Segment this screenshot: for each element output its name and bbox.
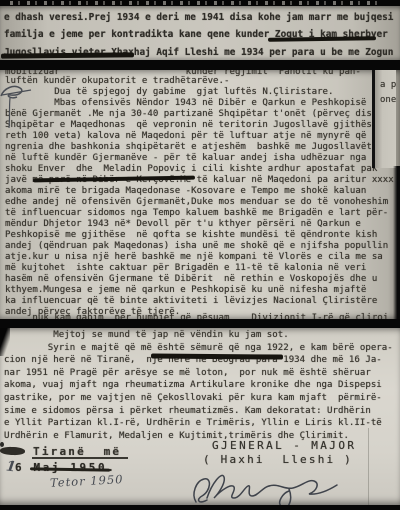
margin-scribble-handwriting <box>0 82 36 130</box>
typed-underline <box>32 457 128 459</box>
ink-blot <box>0 447 25 456</box>
typed-line: nar 1951 në Pragë për arësye se më loton… <box>4 367 400 380</box>
typed-paragraph: e dhash veresi.Prej 1934 e deri me 1941 … <box>0 6 400 60</box>
torn-corner-shadow <box>0 328 10 356</box>
typed-line: kthyem.Mungesa e jeme në qarkun e Peshko… <box>5 285 400 296</box>
typed-line: gastrike, por me vajtjen në Çekosllovaki… <box>4 392 400 405</box>
typed-line: e Yllit Partizan kl.I-rë, Urdhërin e Tri… <box>4 417 400 430</box>
cut-text-sliver <box>10 1 380 5</box>
typed-line: bënë Gjermanët .Me nja 30-40 partizanë S… <box>5 109 400 120</box>
typed-line: familja e jeme per kontradikta kane qene… <box>4 26 400 43</box>
typed-paragraph: luftën kundër okupatorit e tradhëtarëve.… <box>0 70 400 318</box>
typed-line: andej (qëndruan pak Maqedonas) isha unë … <box>5 241 400 252</box>
typed-line: e dhash veresi.Prej 1934 e deri me 1941 … <box>4 9 400 26</box>
typed-line: Shqipëtar e Maqedhonas që vepronin në te… <box>5 120 400 131</box>
typed-line: Jugosllavis vjeter.Xhaxhaj Aqif Lleshi m… <box>4 44 400 60</box>
typed-line: Mbas ofensivës Nëndor 1943 në Dibër e Qa… <box>5 98 400 109</box>
page-fragment-text: one <box>380 95 396 105</box>
typed-line: ngrenia dhe bashkonia shqipëtarët e atje… <box>5 142 400 153</box>
black-separator-bar <box>0 319 400 328</box>
typed-line: Peshkopisë me gjithëse në qofta se kisht… <box>5 230 400 241</box>
typed-line: në luftë kundër Gjermanëve - për të kalu… <box>5 153 400 164</box>
typed-line: të influencuar sidomos nga Tempo kaluem … <box>5 208 400 219</box>
typed-line: mëndur Dhjetor 1943 në* Devoll për t'u k… <box>5 219 400 230</box>
signature-handwriting <box>188 460 340 505</box>
handwritten-corrected-date: Tetor 1950 <box>50 472 124 490</box>
typed-line: sime e sidomos përsa i përket rheumatizm… <box>4 405 400 418</box>
paper-fold-crease <box>368 428 369 505</box>
typed-line: Dua të spjegoj dy gabime gjat luftës N.Ç… <box>5 87 400 98</box>
typed-line: edhe andej në ofensivën Gjermanët,Duke m… <box>5 197 400 208</box>
typed-line: akoma mirë te brigada Maqedonase -Kosova… <box>5 186 400 197</box>
page-fragment-text: a p <box>380 80 396 90</box>
rank-title: GJENERAL - MAJOR <box>212 439 356 452</box>
typed-line: Mejtoj se mund të jap në vëndin ku jam s… <box>4 329 400 342</box>
scanned-document-photo: e dhash veresi.Prej 1934 e deri me 1941 … <box>0 0 400 510</box>
document-clip-2: mobilizuar kundër regjimit Fanolit ku pa… <box>0 70 400 319</box>
typed-line: Syrin e majtë që më është sëmurë që nga … <box>4 342 400 355</box>
typed-line: ka influencuar që të binte aktiviteti i … <box>5 296 400 307</box>
page-right-edge-shadow <box>393 166 400 319</box>
typed-line: më kujtohet ishte caktuar për Brigadën e… <box>5 263 400 274</box>
typed-paragraph: Mejtoj se mund të jap në vëndin ku jam s… <box>0 328 400 442</box>
typed-line: akoma, vuaj mjaft nga rheumatizma Artiku… <box>4 379 400 392</box>
adjacent-page-edge: a p one <box>372 70 396 168</box>
typed-line: shoku Enver dhe Meladin Popoviç i cili k… <box>5 164 400 175</box>
black-bottom-edge <box>0 505 400 510</box>
document-clip-1: e dhash veresi.Prej 1934 e deri me 1941 … <box>0 6 400 60</box>
document-clip-3: Mejtoj se mund të jap në vëndin ku jam s… <box>0 328 400 505</box>
black-separator-bar <box>0 60 400 70</box>
typed-line: reth 100 veta) kalova në Maqedoni për të… <box>5 131 400 142</box>
typed-line: hasëm në ofensivën Gjermane të Dibërit n… <box>5 274 400 285</box>
typed-line: atje.kur u nisa një herë bashkë me një k… <box>5 252 400 263</box>
cut-text-line: mobilizuar kundër regjimit Fanolit ku pa… <box>5 70 361 78</box>
